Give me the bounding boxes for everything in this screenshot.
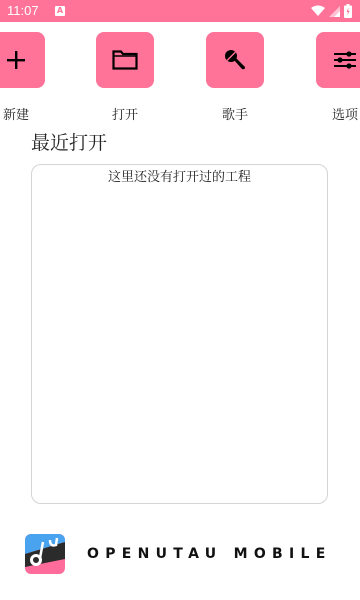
- open-project-tile[interactable]: [96, 32, 154, 88]
- app-name: OPENUTAU MOBILE: [87, 546, 332, 562]
- wifi-icon: [311, 5, 325, 17]
- singers-button[interactable]: 歌手: [206, 32, 264, 88]
- recent-title: 最近打开: [31, 128, 107, 155]
- options-button[interactable]: 选项: [316, 32, 360, 88]
- notification-a-icon: A: [55, 6, 65, 16]
- recent-empty-message: 这里还没有打开过的工程: [32, 166, 327, 185]
- openutau-logo-icon: [25, 534, 65, 574]
- recent-projects-list[interactable]: 这里还没有打开过的工程: [31, 164, 328, 504]
- new-project-label: 新建: [0, 104, 45, 123]
- brand: OPENUTAU MOBILE: [25, 534, 332, 574]
- singers-tile[interactable]: [206, 32, 264, 88]
- microphone-icon: [224, 49, 246, 71]
- options-tile[interactable]: [316, 32, 360, 88]
- new-project-tile[interactable]: [0, 32, 45, 88]
- status-bar: 11:07 A: [0, 0, 360, 22]
- folder-icon: [112, 50, 138, 70]
- singers-label: 歌手: [206, 104, 264, 123]
- sliders-icon: [334, 51, 356, 69]
- open-project-button[interactable]: 打开: [96, 32, 154, 88]
- plus-icon: [6, 50, 26, 70]
- signal-icon: [329, 6, 340, 17]
- open-project-label: 打开: [96, 104, 154, 123]
- new-project-button[interactable]: 新建: [0, 32, 45, 88]
- status-time: 11:07: [7, 3, 39, 18]
- battery-charging-icon: [344, 4, 352, 18]
- options-label: 选项: [316, 104, 360, 123]
